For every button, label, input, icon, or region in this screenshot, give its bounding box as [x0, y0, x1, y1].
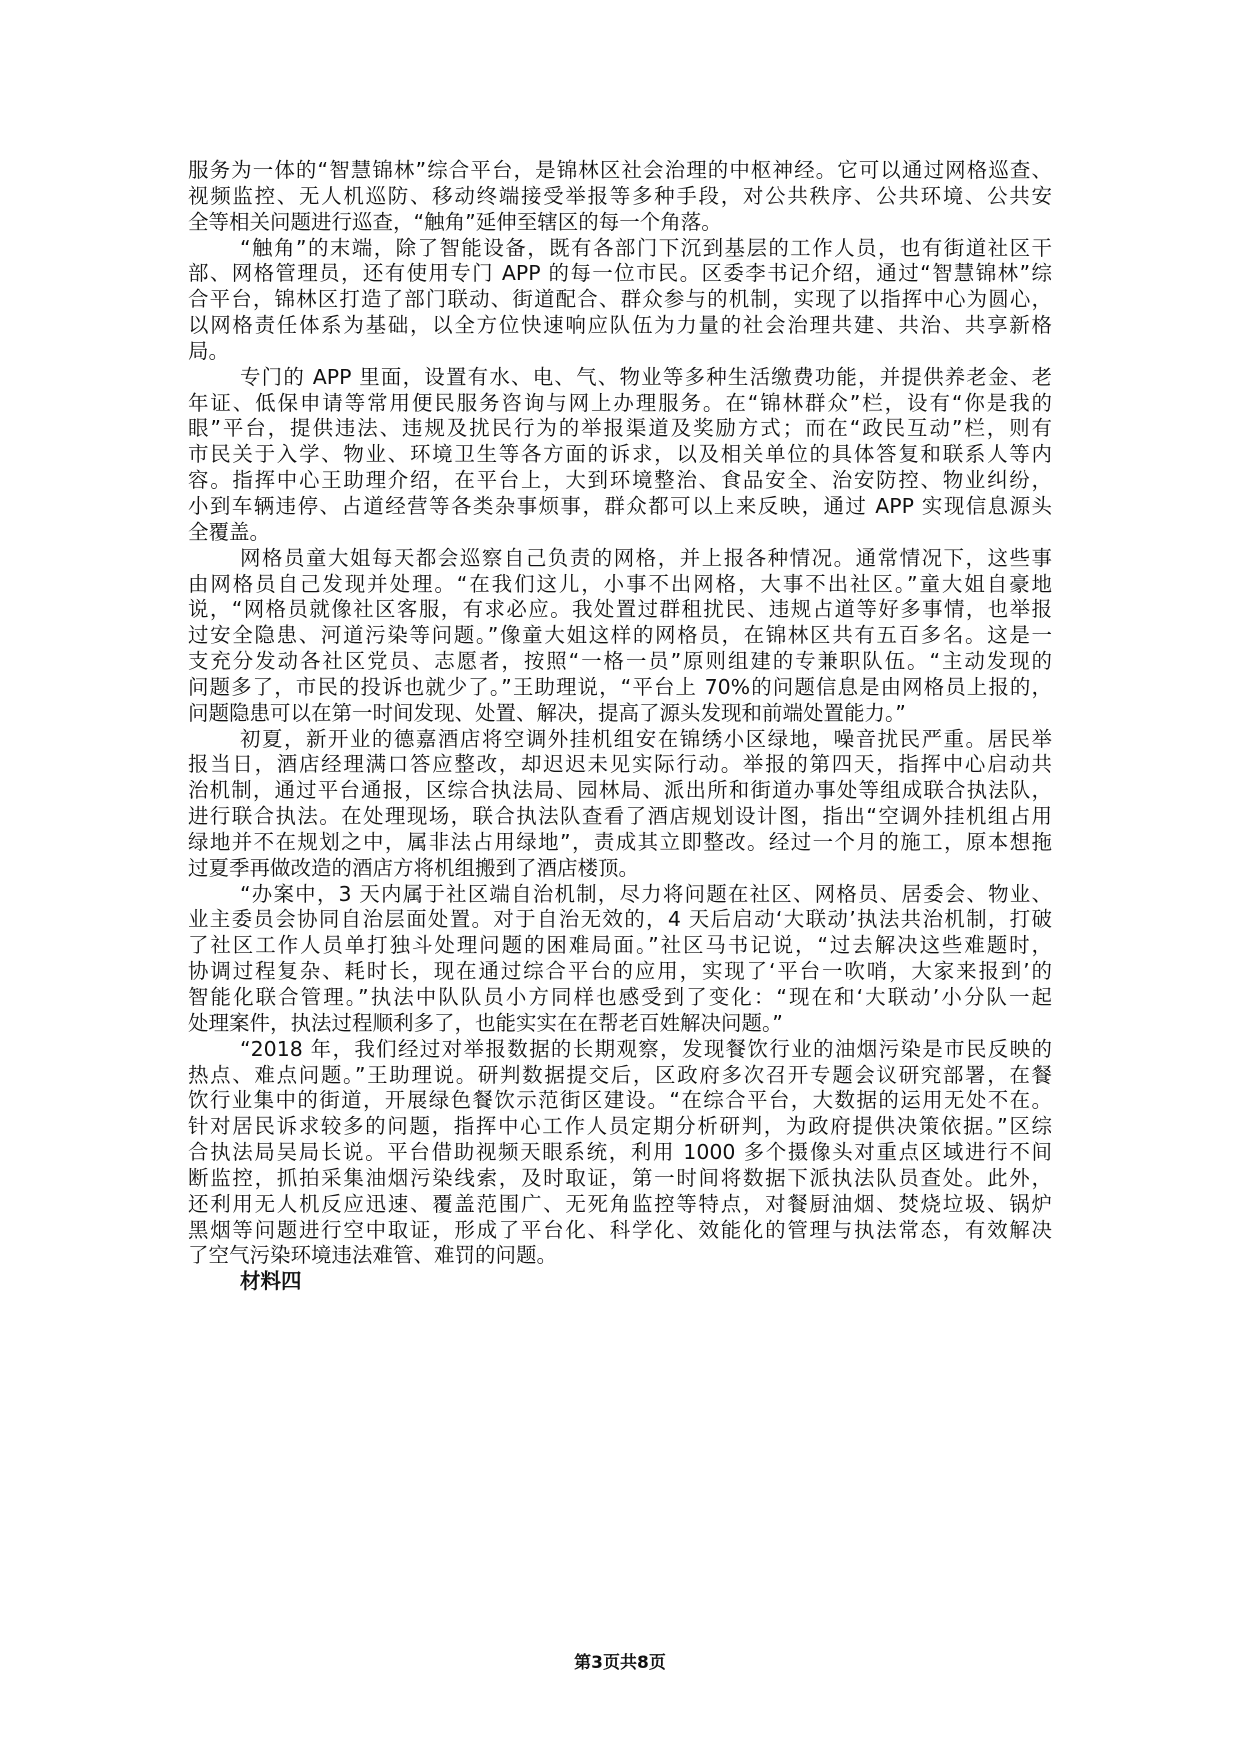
text-line: 全等相关问题进行巡查，“触角”延伸至辖区的每一个角落。 [188, 210, 1052, 236]
text-line: 热点、难点问题。”王助理说。研判数据提交后，区政府多次召开专题会议研究部署，在餐 [188, 1063, 1052, 1089]
text-line: 以网格责任体系为基础，以全方位快速响应队伍为力量的社会治理共建、共治、共享新格 [188, 313, 1052, 339]
text-line: 初夏，新开业的德嘉酒店将空调外挂机组安在锦绣小区绿地，噪音扰民严重。居民举 [188, 727, 1052, 753]
section-heading: 材料四 [188, 1269, 1052, 1295]
text-line: “触角”的末端，除了智能设备，既有各部门下沉到基层的工作人员，也有街道社区干 [188, 236, 1052, 262]
text-line: 眼”平台，提供违法、违规及扰民行为的举报渠道及奖励方式；而在“政民互动”栏，则有 [188, 416, 1052, 442]
text-line: 业主委员会协同自治层面处置。对于自治无效的，4 天后启动‘大联动’执法共治机制，… [188, 907, 1052, 933]
text-line: 部、网格管理员，还有使用专门 APP 的每一位市民。区委李书记介绍，通过“智慧锦… [188, 261, 1052, 287]
text-line: 专门的 APP 里面，设置有水、电、气、物业等多种生活缴费功能，并提供养老金、老 [188, 365, 1052, 391]
text-line: 说，“网格员就像社区客服，有求必应。我处置过群租扰民、违规占道等好多事情，也举报 [188, 597, 1052, 623]
text-line: “办案中，3 天内属于社区端自治机制，尽力将问题在社区、网格员、居委会、物业、 [188, 882, 1052, 908]
paragraph: “触角”的末端，除了智能设备，既有各部门下沉到基层的工作人员，也有街道社区干部、… [188, 236, 1052, 365]
paragraph: 初夏，新开业的德嘉酒店将空调外挂机组安在锦绣小区绿地，噪音扰民严重。居民举报当日… [188, 727, 1052, 882]
text-line: 智能化联合管理。”执法中队队员小方同样也感受到了变化：“现在和‘大联动’小分队一… [188, 985, 1052, 1011]
text-line: 报当日，酒店经理满口答应整改，却迟迟未见实际行动。举报的第四天，指挥中心启动共 [188, 752, 1052, 778]
text-line: 问题多了，市民的投诉也就少了。”王助理说，“平台上 70%的问题信息是由网格员上… [188, 675, 1052, 701]
text-line: 小到车辆违停、占道经营等各类杂事烦事，群众都可以上来反映，通过 APP 实现信息… [188, 494, 1052, 520]
text-line: 了社区工作人员单打独斗处理问题的困难局面。”社区马书记说，“过去解决这些难题时， [188, 933, 1052, 959]
text-line: “2018 年，我们经过对举报数据的长期观察，发现餐饮行业的油烟污染是市民反映的 [188, 1037, 1052, 1063]
text-line: 饮行业集中的街道，开展绿色餐饮示范街区建设。“在综合平台，大数据的运用无处不在。 [188, 1088, 1052, 1114]
page-footer: 第3页共8页 [0, 1648, 1240, 1673]
text-line: 合执法局吴局长说。平台借助视频天眼系统，利用 1000 多个摄像头对重点区域进行… [188, 1140, 1052, 1166]
document-page: 服务为一体的“智慧锦林”综合平台，是锦林区社会治理的中枢神经。它可以通过网格巡查… [0, 0, 1240, 1754]
text-line: 服务为一体的“智慧锦林”综合平台，是锦林区社会治理的中枢神经。它可以通过网格巡查… [188, 158, 1052, 184]
text-line: 处理案件，执法过程顺利多了，也能实实在在帮老百姓解决问题。” [188, 1011, 1052, 1037]
text-line: 断监控，抓拍采集油烟污染线索，及时取证，第一时间将数据下派执法队员查处。此外， [188, 1166, 1052, 1192]
text-line: 协调过程复杂、耗时长，现在通过综合平台的应用，实现了‘平台一吹哨，大家来报到’的 [188, 959, 1052, 985]
text-line: 进行联合执法。在处理现场，联合执法队查看了酒店规划设计图，指出“空调外挂机组占用 [188, 804, 1052, 830]
paragraph: “2018 年，我们经过对举报数据的长期观察，发现餐饮行业的油烟污染是市民反映的… [188, 1037, 1052, 1270]
text-line: 市民关于入学、物业、环境卫生等各方面的诉求，以及相关单位的具体答复和联系人等内 [188, 442, 1052, 468]
text-line: 还利用无人机反应迅速、覆盖范围广、无死角监控等特点，对餐厨油烟、焚烧垃圾、锅炉 [188, 1192, 1052, 1218]
text-line: 过安全隐患、河道污染等问题。”像童大姐这样的网格员，在锦林区共有五百多名。这是一 [188, 623, 1052, 649]
text-line: 局。 [188, 339, 1052, 365]
document-body: 服务为一体的“智慧锦林”综合平台，是锦林区社会治理的中枢神经。它可以通过网格巡查… [188, 158, 1052, 1295]
text-line: 网格员童大姐每天都会巡察自己负责的网格，并上报各种情况。通常情况下，这些事 [188, 546, 1052, 572]
text-line: 针对居民诉求较多的问题，指挥中心工作人员定期分析研判，为政府提供决策依据。”区综 [188, 1114, 1052, 1140]
text-line: 支充分发动各社区党员、志愿者，按照“一格一员”原则组建的专兼职队伍。“主动发现的 [188, 649, 1052, 675]
text-line: 由网格员自己发现并处理。“在我们这儿，小事不出网格，大事不出社区。”童大姐自豪地 [188, 572, 1052, 598]
text-line: 绿地并不在规划之中，属非法占用绿地”，责成其立即整改。经过一个月的施工，原本想拖 [188, 830, 1052, 856]
text-line: 视频监控、无人机巡防、移动终端接受举报等多种手段，对公共秩序、公共环境、公共安 [188, 184, 1052, 210]
paragraph: “办案中，3 天内属于社区端自治机制，尽力将问题在社区、网格员、居委会、物业、业… [188, 882, 1052, 1037]
paragraph: 服务为一体的“智慧锦林”综合平台，是锦林区社会治理的中枢神经。它可以通过网格巡查… [188, 158, 1052, 236]
text-line: 合平台，锦林区打造了部门联动、街道配合、群众参与的机制，实现了以指挥中心为圆心， [188, 287, 1052, 313]
paragraph: 专门的 APP 里面，设置有水、电、气、物业等多种生活缴费功能，并提供养老金、老… [188, 365, 1052, 546]
text-line: 过夏季再做改造的酒店方将机组搬到了酒店楼顶。 [188, 856, 1052, 882]
paragraph: 网格员童大姐每天都会巡察自己负责的网格，并上报各种情况。通常情况下，这些事由网格… [188, 546, 1052, 727]
text-line: 了空气污染环境违法难管、难罚的问题。 [188, 1243, 1052, 1269]
text-line: 治机制，通过平台通报，区综合执法局、园林局、派出所和街道办事处等组成联合执法队， [188, 778, 1052, 804]
text-line: 问题隐患可以在第一时间发现、处置、解决，提高了源头发现和前端处置能力。” [188, 701, 1052, 727]
text-line: 年证、低保申请等常用便民服务咨询与网上办理服务。在“锦林群众”栏，设有“你是我的 [188, 391, 1052, 417]
text-line: 黑烟等问题进行空中取证，形成了平台化、科学化、效能化的管理与执法常态，有效解决 [188, 1218, 1052, 1244]
text-line: 全覆盖。 [188, 520, 1052, 546]
text-line: 容。指挥中心王助理介绍，在平台上，大到环境整治、食品安全、治安防控、物业纠纷， [188, 468, 1052, 494]
